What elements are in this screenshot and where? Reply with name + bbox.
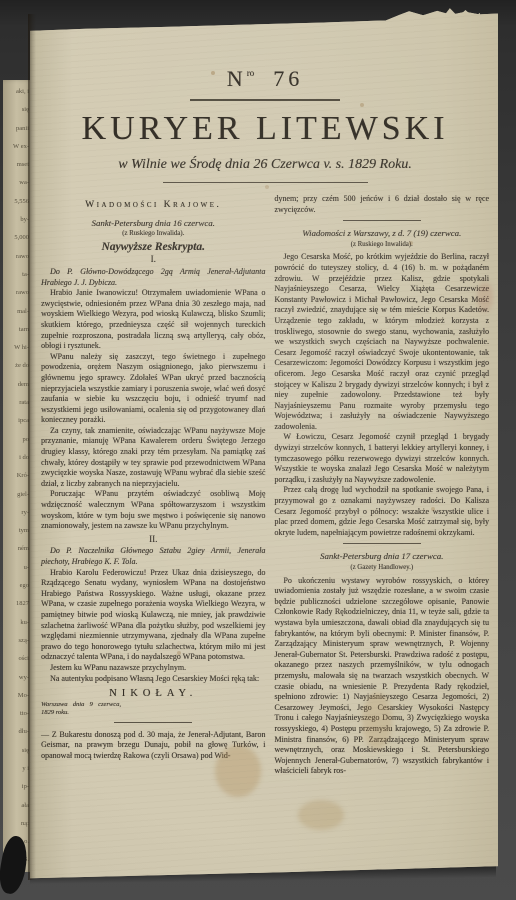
gutter-fragment: ości (19, 655, 29, 662)
gutter-fragment: tarn (19, 326, 29, 333)
gutter-fragment: panii (16, 125, 29, 132)
masthead-rule-top (190, 99, 340, 101)
rescript-i-paragraph-3: Za czyny, tak znamienite, oświadczając W… (41, 426, 265, 490)
warsaw-paragraph-1: Jego Cesarska Mość, po krótkim wyjeździe… (274, 252, 489, 432)
gutter-fragment: się (22, 106, 29, 113)
gutter-fragment: rawo (16, 289, 29, 296)
edition-dateline: w Wilnie we Środę dnia 26 Czerwca v. s. … (41, 157, 489, 173)
rescript-i-paragraph-2: WPanu należy się zaszczyt, tego świetneg… (41, 352, 265, 426)
gutter-fragment: ku- (20, 619, 29, 626)
warsaw-source-note: (z Ruskiego Inwalida). (274, 240, 489, 251)
gutter-fragment: W hi- (14, 344, 29, 351)
gutter-fragment: ném (18, 545, 29, 552)
paper-stain (298, 800, 344, 830)
gutter-fragment: ego (20, 582, 29, 589)
newspaper-title: KURYER LITEWSKI (41, 110, 489, 148)
warsaw-paragraph-3: Przez całą drogę lud wychodził na spotka… (274, 485, 489, 538)
gutter-fragment: szą- (19, 637, 29, 644)
gutter-fragment: ip- (22, 783, 29, 790)
warsaw-news-heading: Wiadomości z Warszawy, z d. 7 (19) czerw… (274, 228, 489, 239)
gutter-fragment: mset (17, 161, 29, 168)
gutter-fragment: Kró- (17, 472, 29, 479)
petersburg-17-heading: Sankt-Petersburg dnia 17 czerwca. (274, 551, 489, 562)
exhibition-paragraph: Po ukończeniu wystawy wyrobów rossyyskic… (274, 576, 489, 777)
gutter-fragment: się (22, 747, 29, 754)
masthead-rule-bottom (163, 182, 368, 183)
rescript-i-address: Do P. Główno-Dowódzącego 2gą Armią Jener… (41, 267, 265, 288)
gutter-fragment: 1827 (16, 600, 29, 607)
warsaw-date-note: Warszawa dnia 9 czerwca, 1829 roku. (41, 701, 121, 717)
gutter-fragment: dem (18, 381, 29, 388)
gutter-fragment: tto- (20, 710, 29, 717)
gutter-fragment: wa- (19, 179, 29, 186)
gutter-fragment: rata (19, 399, 29, 406)
article-dateline-petersburg-16: Sankt-Petersburg dnia 16 czerwca. (41, 218, 265, 229)
warsaw-paragraph-2: W Łowiczu, Cesarz Jegomość czynił przegl… (274, 432, 489, 485)
gutter-fragment: tym (19, 527, 29, 534)
gutter-fragment: ry- (21, 509, 29, 516)
previous-page-edge: aki, isiępaniiW ex-msetwa-5,556by-5,000r… (3, 80, 33, 872)
source-note-inwalid: (z Ruskiego Inwalida). (41, 229, 265, 240)
gutter-fragment: u- (24, 564, 29, 571)
gutter-fragment: ała (21, 802, 29, 809)
scanned-newspaper-page: aki, isiępaniiW ex-msetwa-5,556by-5,000r… (0, 0, 516, 900)
divider-rule (343, 543, 421, 544)
newspaper-sheet: Nro 76 KURYER LITEWSKI w Wilnie we Środę… (30, 10, 498, 880)
gutter-fragment: ną: (21, 820, 29, 827)
gutter-fragment: by- (20, 216, 29, 223)
attestation-line: Na autentyku podpisano Własną Jego Cesar… (41, 674, 265, 685)
issue-superscript: ro (247, 68, 255, 78)
closing-line: Jestem ku WPanu nazawsze przychylnym. (41, 663, 265, 674)
column-carryover: dynem; przy czém 500 jeńców i 6 dział do… (274, 194, 489, 215)
rescript-ii-address: Do P. Naczelnika Głównego Sztabu 2giey A… (41, 546, 265, 567)
rescript-ii-numeral: II. (41, 534, 265, 545)
foxing-specks (30, 10, 32, 12)
page-content: Nro 76 KURYER LITEWSKI w Wilnie we Środę… (30, 10, 498, 777)
gutter-fragment: 5,000 (14, 234, 29, 241)
issue-number: 76 (273, 66, 303, 91)
rescript-i-paragraph-1: Hrabio Janie Iwanowiczu! Otrzymałem uwia… (41, 288, 265, 352)
gutter-fragment: 5,556 (14, 198, 29, 205)
issue-prefix: N (227, 66, 247, 91)
gutter-fragment: y i (22, 765, 29, 772)
gutter-fragment: po (23, 436, 30, 443)
gutter-fragment: wy- (19, 674, 29, 681)
rescript-i-numeral: I. (41, 254, 265, 265)
gutter-fragment: mal- (17, 308, 29, 315)
rescript-ii-paragraph: Hrabio Karolu Federowiczu! Przez Ukaz dn… (41, 568, 265, 663)
divider-rule (114, 722, 192, 723)
left-column: Wiadomości Krajowe. Sankt-Petersburg dni… (41, 194, 265, 762)
section-heading-domestic-news: Wiadomości Krajowe. (41, 200, 265, 211)
gutter-fragment: ipca (18, 417, 29, 424)
gutter-fragment: i do (19, 454, 29, 461)
right-column: dynem; przy czém 500 jeńców i 6 dział do… (274, 194, 489, 777)
gutter-fragment: Mo- (18, 692, 29, 699)
gutter-fragment: W ex- (13, 143, 29, 150)
rescript-i-paragraph-4: Poruczając WPanu przytém oświadczyć osob… (41, 489, 265, 531)
divider-rule (343, 220, 421, 221)
issue-number-line: Nro 76 (41, 66, 489, 92)
gutter-fragment: że do (15, 362, 29, 369)
rescripts-heading: Naywyższe Reskrypta. (41, 242, 265, 253)
gutter-fragment: giel- (17, 491, 29, 498)
bukarest-news-paragraph: — Z Bukarestu donoszą pod d. 30 maja, że… (41, 730, 265, 762)
gutter-fragment: dłu- (19, 728, 29, 735)
gutter-fragment: aki, i (16, 88, 29, 95)
handlowa-source-note: (z Gazety Handlowey.) (274, 563, 489, 574)
imperial-signature: NIKOŁAY. (41, 689, 265, 700)
gutter-fragment: rawo (16, 253, 29, 260)
text-columns: Wiadomości Krajowe. Sankt-Petersburg dni… (41, 194, 489, 777)
gutter-fragment: ta- (22, 271, 29, 278)
